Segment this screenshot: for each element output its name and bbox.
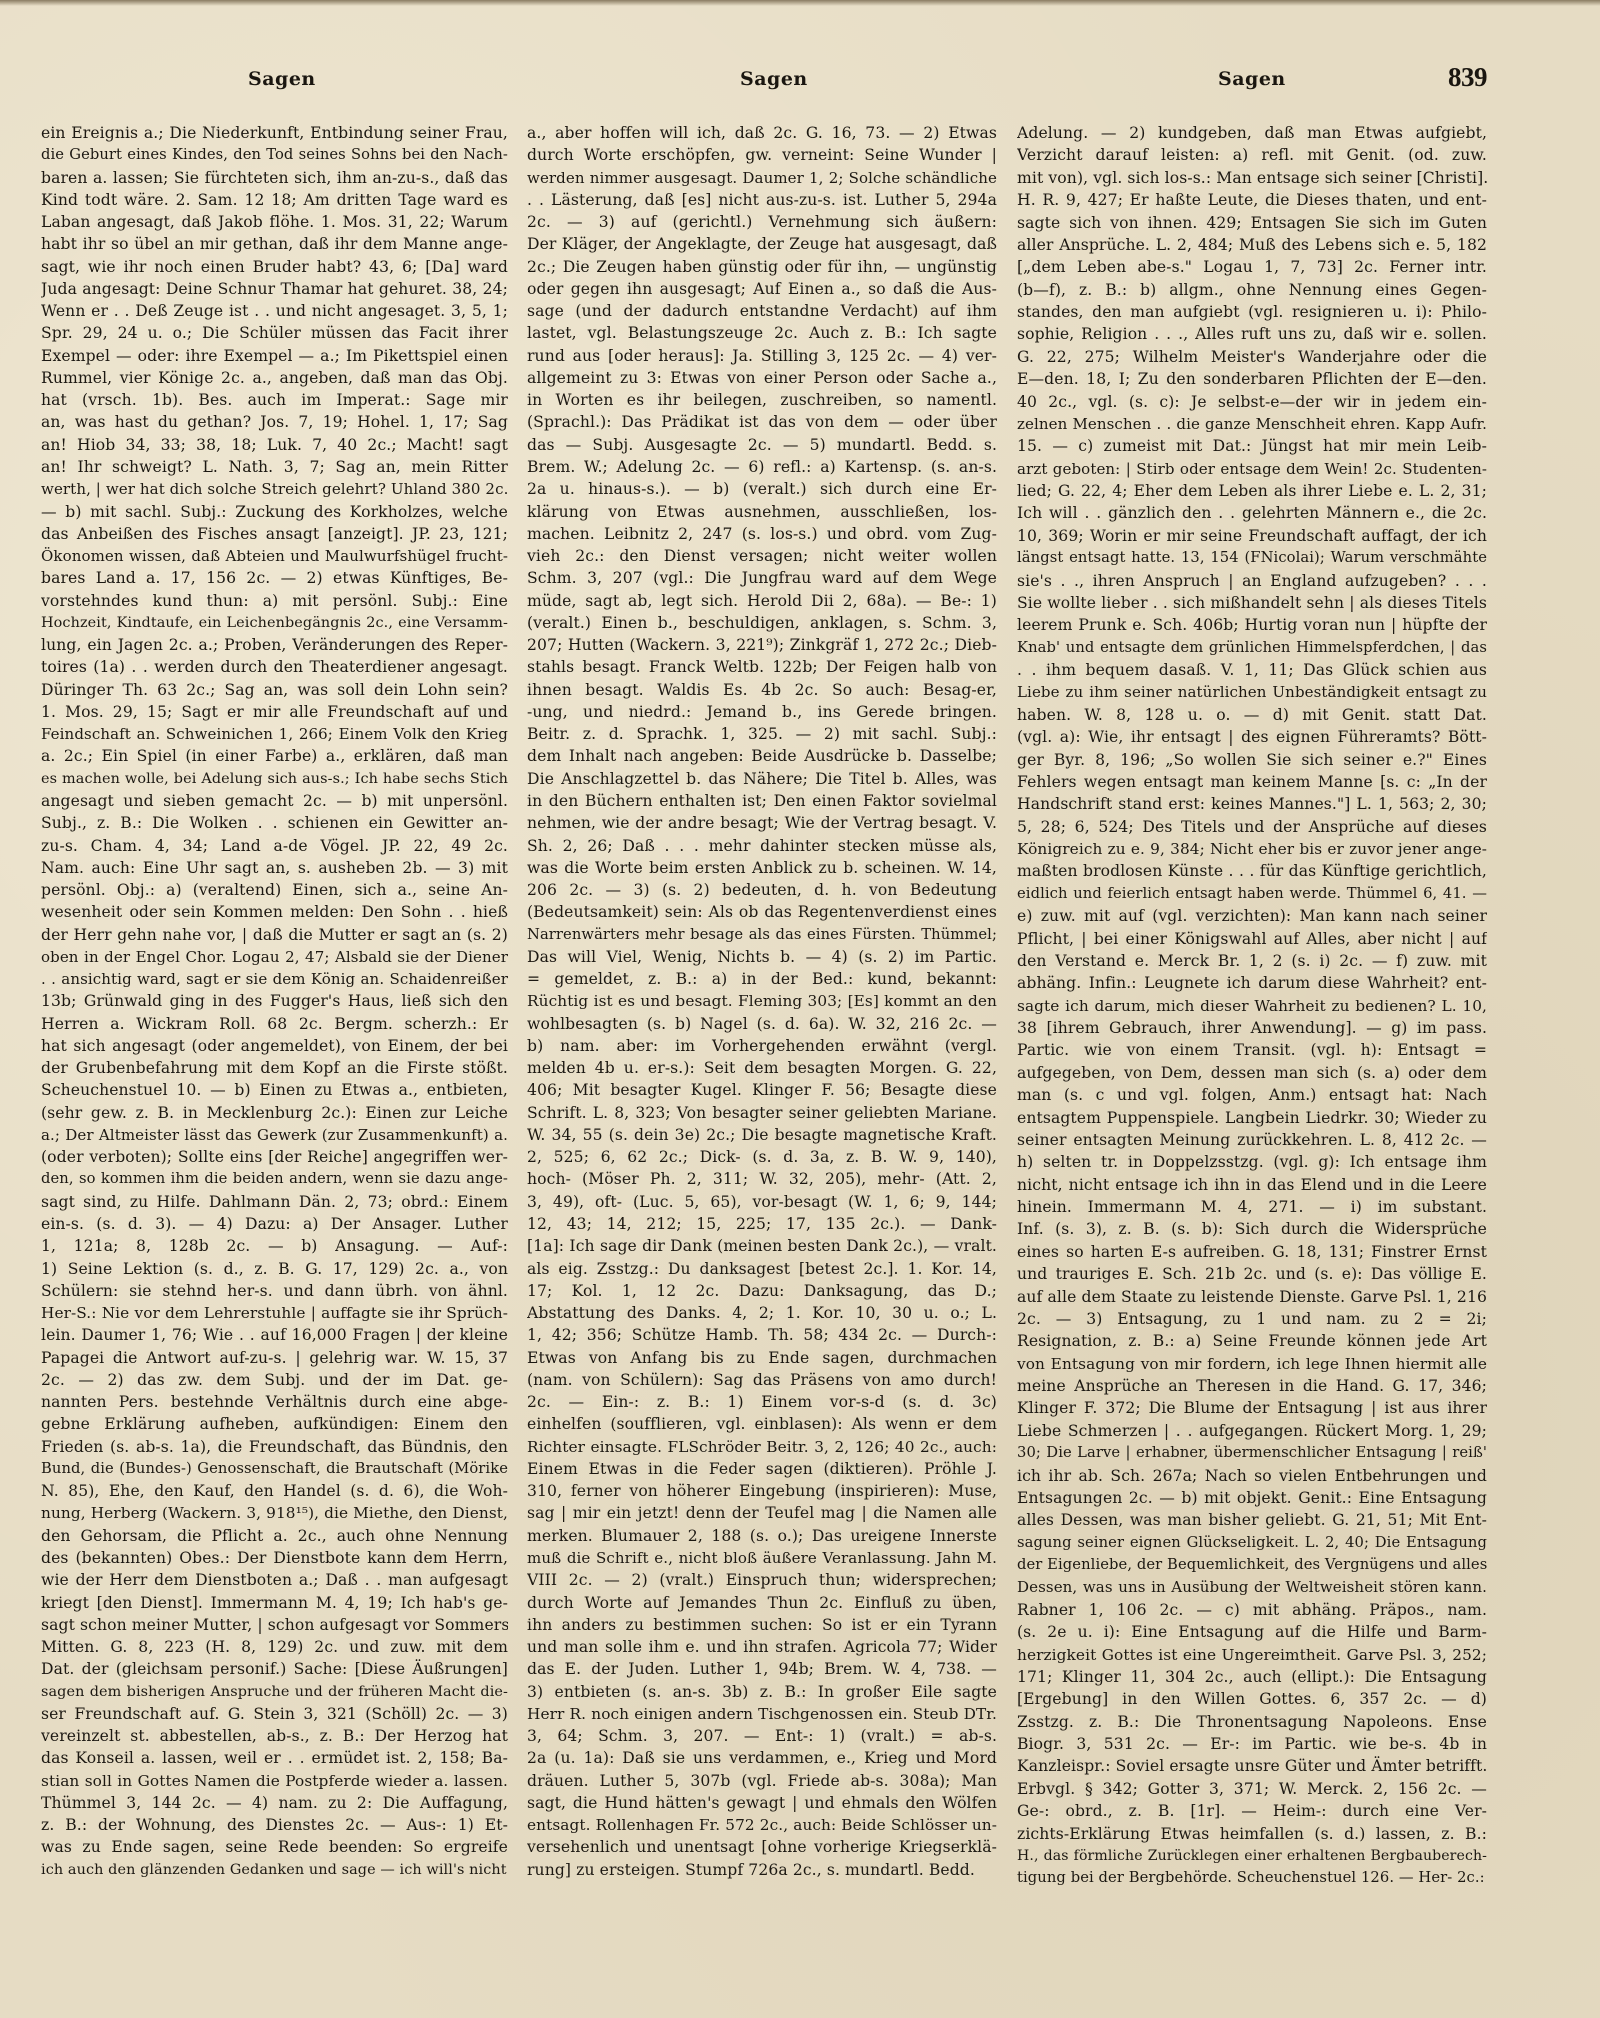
text-line: Königreich zu e. 9, 384; Nicht eher bis … [1017, 838, 1487, 860]
text-line: durch Worte erschöpfen, gw. verneint: Se… [527, 144, 997, 166]
text-line: mit von), vgl. sich los-s.: Man entsage … [1017, 167, 1487, 189]
text-line: merken. Blumauer 2, 188 (s. o.); Das ure… [527, 1525, 997, 1547]
text-line: 40 2c., vgl. (s. c): Je selbst-e—der wir… [1017, 391, 1487, 413]
text-line: Herr R. noch einigen andern Tischgenosse… [527, 1703, 997, 1725]
text-line: in den Büchern enthalten ist; Den einen … [527, 790, 997, 812]
text-line: (oder verboten); Sollte eins [der Reiche… [41, 1146, 508, 1168]
text-line: das E. der Juden. Luther 1, 94b; Brem. W… [527, 1658, 997, 1680]
text-line: sagen dem bisherigen Anspruche und der f… [41, 1681, 508, 1703]
text-line: Richter einsagte. FLSchröder Beitr. 3, 2… [527, 1436, 997, 1458]
text-line: eidlich und feierlich entsagt haben werd… [1017, 883, 1487, 905]
text-line: Ich will . . gänzlich den . . gelehrten … [1017, 502, 1487, 524]
text-line: Düringer Th. 63 2c.; Sag an, was soll de… [41, 679, 508, 701]
text-line: Laban angesagt, daß Jakob flöhe. 1. Mos.… [41, 211, 508, 233]
text-line: Kanzleispr.: Soviel ersagte unsre Güter … [1017, 1755, 1487, 1777]
text-line: Die Anschlagzettel b. das Nähere; Die Ti… [527, 768, 997, 790]
text-line: der Eigenliebe, der Bequemlichkeit, des … [1017, 1554, 1487, 1576]
text-line: 2a (u. 1a): Daß sie uns verdammen, e., K… [527, 1747, 997, 1769]
text-line: dem Inhalt nach angeben: Beide Ausdrücke… [527, 745, 997, 767]
text-line: H., das förmliche Zurücklegen einer erha… [1017, 1845, 1487, 1867]
text-line: das — Subj. Ausgesagte 2c. — 5) mundartl… [527, 434, 997, 456]
text-line: Sie wollte lieber . . sich mißhandelt se… [1017, 592, 1487, 614]
text-line: ihnen besagt. Waldis Es. 4b 2c. So auch:… [527, 679, 997, 701]
text-line: 310, ferner von höherer Eingebung (inspi… [527, 1480, 997, 1502]
text-line: Mitten. G. 8, 223 (H. 8, 129) 2c. und zu… [41, 1636, 508, 1658]
text-column-middle: a., aber hoffen will ich, daß 2c. G. 16,… [527, 122, 997, 1881]
text-line: entsagt. Rollenhagen Fr. 572 2c., auch: … [527, 1814, 997, 1836]
text-line: Feindschaft an. Schweinichen 1, 266; Ein… [41, 723, 508, 745]
text-line: (Bedeutsamkeit) sein: Als ob das Regente… [527, 901, 997, 923]
text-line: vereinzelt st. abbestellen, ab-s., z. B.… [41, 1725, 508, 1747]
text-line: a.; Der Altmeister lässt das Gewerk (zur… [41, 1124, 508, 1146]
text-line: . . Lästerung, daß [es] nicht aus-zu-s. … [527, 189, 997, 211]
text-line: Schm. 3, 207 (vgl.: Die Jungfrau ward au… [527, 567, 997, 589]
text-line: nannten Pers. bestehnde Verhältnis durch… [41, 1391, 508, 1413]
text-line: maßten brodlosen Künste . . . für das Kü… [1017, 860, 1487, 882]
text-line: als eig. Zsstzg.: Du danksagest [betest … [527, 1258, 997, 1280]
text-line: Erbvgl. § 342; Gotter 3, 371; W. Merck. … [1017, 1778, 1487, 1800]
text-line: sagt, wie ihr noch einen Bruder habt? 43… [41, 256, 508, 278]
text-line: der Herr gehn nahe vor, | daß die Mutter… [41, 924, 508, 946]
text-line: (nam. von Schülern): Sag das Präsens von… [527, 1369, 997, 1391]
text-line: Inf. (s. 3), z. B. (s. b): Sich durch di… [1017, 1218, 1487, 1240]
text-line: Adelung. — 2) kundgeben, daß man Etwas a… [1017, 122, 1487, 144]
text-line: den Verstand e. Merck Br. 1, 2 (s. i) 2c… [1017, 950, 1487, 972]
text-line: gebne Erklärung aufheben, aufkündigen: E… [41, 1413, 508, 1435]
text-line: Hochzeit, Kindtaufe, ein Leichenbegängni… [41, 612, 508, 634]
text-line: der Grubenbefahrung mit dem Kopf an die … [41, 1057, 508, 1079]
text-line: hat sich angesagt (oder angemeldet), von… [41, 1035, 508, 1057]
text-line: lung, ein Jagen 2c. a.; Proben, Veränder… [41, 634, 508, 656]
text-line: einhelfen (soufflieren, vgl. einblasen):… [527, 1413, 997, 1435]
text-line: 30; Die Larve | erhabner, übermenschlich… [1017, 1442, 1487, 1464]
text-line: (sehr gew. z. B. in Mecklenburg 2c.): Ei… [41, 1102, 508, 1124]
text-line: nung, Herberg (Wackern. 3, 918¹⁵), die M… [41, 1502, 508, 1524]
text-line: Dat. der (gleichsam personif.) Sache: [D… [41, 1658, 508, 1680]
text-line: Abstattung des Danks. 4, 2; 1. Kor. 10, … [527, 1302, 997, 1324]
text-line: N. 85), Ehe, den Kauf, den Handel (s. d.… [41, 1480, 508, 1502]
text-line: 2a u. hinaus-s.). — b) (veralt.) sich du… [527, 478, 997, 500]
text-line: meine Ansprüche an Theresen in die Hand.… [1017, 1375, 1487, 1397]
text-line: 10, 369; Worin er mir seine Freundschaft… [1017, 525, 1487, 547]
text-line: Frieden (s. ab-s. 1a), die Freundschaft,… [41, 1436, 508, 1458]
text-line: 207; Hutten (Wackern. 3, 221⁹); Zinkgräf… [527, 634, 997, 656]
text-line: 3, 49), oft- (Luc. 5, 65), vor-besagt (W… [527, 1191, 997, 1213]
text-line: in Worten es ihr beilegen, zuschreiben, … [527, 389, 997, 411]
text-line: was die Worte beim ersten Anblick zu b. … [527, 857, 997, 879]
text-line: 1, 121a; 8, 128b 2c. — b) Ansagung. — Au… [41, 1235, 508, 1257]
text-line: sagt schon meiner Mutter, | schon aufges… [41, 1614, 508, 1636]
text-line: durch Worte auf Jemandes Thun 2c. Einflu… [527, 1592, 997, 1614]
text-line: [Ergebung] in den Willen Gottes. 6, 357 … [1017, 1688, 1487, 1710]
text-line: nehmen, wie der andre besagt; Wie der Ve… [527, 812, 997, 834]
text-line: man (s. c und vgl. folgen, Anm.) entsagt… [1017, 1084, 1487, 1106]
text-line: Liebe Schmerzen | . . aufgegangen. Rücke… [1017, 1420, 1487, 1442]
text-line: Wenn er . . Deß Zeuge ist . . und nicht … [41, 300, 508, 322]
text-line: 171; Klinger 11, 304 2c., auch (ellipt.)… [1017, 1666, 1487, 1688]
text-line: 3) entbieten (s. an-s. 3b) z. B.: In gro… [527, 1681, 997, 1703]
text-line: Dessen, was uns in Ausübung der Weltweis… [1017, 1576, 1487, 1598]
text-line: VIII 2c. — 2) (vralt.) Einspruch thun; w… [527, 1569, 997, 1591]
text-line: klärung von Etwas ausnehmen, ausschließe… [527, 501, 997, 523]
text-line: ger Byr. 8, 196; „So wollen Sie sich sei… [1017, 749, 1487, 771]
text-line: . . ansichtig ward, sagt er sie dem Köni… [41, 968, 508, 990]
text-line: 15. — c) zumeist mit Dat.: Jüngst hat mi… [1017, 435, 1487, 457]
text-line: ihn anders zu bestimmen suchen: So ist e… [527, 1614, 997, 1636]
text-line: 2c. — 2) das zw. dem Subj. und der im Da… [41, 1369, 508, 1391]
text-line: hinein. Immermann M. 4, 271. — i) im sub… [1017, 1196, 1487, 1218]
text-line: sagte ich darum, mich dieser Wahrheit zu… [1017, 995, 1487, 1017]
text-line: rung] zu ersteigen. Stumpf 726a 2c., s. … [527, 1859, 997, 1881]
text-line: lein. Daumer 1, 76; Wie . . auf 16,000 F… [41, 1324, 508, 1346]
text-line: arzt geboten: | Stirb oder entsage dem W… [1017, 458, 1487, 480]
text-line: sage (und der dadurch entstandne Verdach… [527, 300, 997, 322]
text-line: Rabner 1, 106 2c. — c) mit abhäng. Präpo… [1017, 1599, 1487, 1621]
text-line: Zsstzg. z. B.: Die Thronentsagung Napole… [1017, 1711, 1487, 1733]
text-line: oder gegen ihn ausgesagt; Auf Einen a., … [527, 278, 997, 300]
text-line: W. 34, 55 (s. dein 3e) 2c.; Die besagte … [527, 1124, 997, 1146]
text-line: vieh 2c.: den Dienst versagen; nicht wei… [527, 545, 997, 567]
text-line: e) zuw. mit auf (vgl. verzichten): Man k… [1017, 905, 1487, 927]
text-line: machen. Leibnitz 2, 247 (s. los-s.) und … [527, 523, 997, 545]
text-line: Nam. auch: Eine Uhr sagt an, s. ausheben… [41, 857, 508, 879]
text-line: baren a. lassen; Sie fürchteten sich, ih… [41, 167, 508, 189]
text-line: 5, 28; 6, 524; Des Titels und der Ansprü… [1017, 816, 1487, 838]
text-line: a. 2c.; Ein Spiel (in einer Farbe) a., e… [41, 745, 508, 767]
text-line: Subj., z. B.: Die Wolken . . schienen ei… [41, 812, 508, 834]
text-line: an! Ihr schweigt? L. Nath. 3, 7; Sag an,… [41, 456, 508, 478]
text-line: Resignation, z. B.: a) Seine Freunde kön… [1017, 1330, 1487, 1352]
text-line: leerem Prunk e. Sch. 406b; Hurtig voran … [1017, 614, 1487, 636]
text-line: sagung seiner eignen Glückseligkeit. L. … [1017, 1532, 1487, 1554]
text-line: 406; Mit besagter Kugel. Klinger F. 56; … [527, 1079, 997, 1101]
text-line: [1a]: Ich sage dir Dank (meinen besten D… [527, 1235, 997, 1257]
text-line: entsagtem Puppenspiele. Langbein Liedrkr… [1017, 1107, 1487, 1129]
text-line: oben in der Engel Chor. Logau 2, 47; Als… [41, 946, 508, 968]
text-line: z. B.: der Wohnung, des Dienstes 2c. — A… [41, 1814, 508, 1836]
text-line: Verzicht darauf leisten: a) refl. mit Ge… [1017, 144, 1487, 166]
text-line: Beitr. z. d. Sprachk. 1, 325. — 2) mit s… [527, 723, 997, 745]
text-line: Papagei die Antwort auf-zu-s. | gelehrig… [41, 1347, 508, 1369]
text-line: Biogr. 3, 531 2c. — Er-: im Partic. wie … [1017, 1733, 1487, 1755]
text-line: und trauriges E. Sch. 21b 2c. und (s. e)… [1017, 1263, 1487, 1285]
text-line: herzigkeit Gottes ist eine Ungereimtheit… [1017, 1644, 1487, 1666]
text-line: versehenlich und unentsagt [ohne vorheri… [527, 1836, 997, 1858]
text-line: 2c. — 3) auf (gerichtl.) Vernehmung sich… [527, 211, 997, 233]
text-line: Einem Etwas in die Feder sagen (diktiere… [527, 1458, 997, 1480]
text-line: abhäng. Infin.: Leugnete ich darum diese… [1017, 972, 1487, 994]
text-line: Handschrift stand erst: keines Mannes."]… [1017, 793, 1487, 815]
text-line: den, so kommen ihm die beiden andern, we… [41, 1168, 508, 1190]
text-line: Fehlers wegen entsagt man keinem Manne [… [1017, 771, 1487, 793]
text-line: bares Land a. 17, 156 2c. — 2) etwas Kün… [41, 567, 508, 589]
text-line: ein Ereignis a.; Die Niederkunft, Entbin… [41, 122, 508, 144]
text-line: hat (vrsch. 1b). Bes. auch im Imperat.: … [41, 389, 508, 411]
text-line: tigung bei der Bergbehörde. Scheuchenstu… [1017, 1867, 1487, 1889]
text-line: das Konseil a. lassen, weil er . . ermüd… [41, 1747, 508, 1769]
text-line: lastet, vgl. Belastungszeuge 2c. Auch z.… [527, 322, 997, 344]
text-line: und man solle ihm e. und ihn strafen. Ag… [527, 1636, 997, 1658]
text-line: eines so harten E-s aufreiben. G. 18, 13… [1017, 1241, 1487, 1263]
text-line: das Anbeißen des Fisches ansagt [anzeigt… [41, 523, 508, 545]
text-line: 2c. — Ein-: z. B.: 1) Einem vor-s-d (s. … [527, 1391, 997, 1413]
text-line: (vgl. a): Wie, ihr entsagt | des eignen … [1017, 726, 1487, 748]
running-head-right: Sagen [1218, 68, 1286, 90]
text-line: Liebe zu ihm seiner natürlichen Unbestän… [1017, 681, 1487, 703]
text-line: 38 [ihrem Gebrauch, ihrer Anwendung]. — … [1017, 1017, 1487, 1039]
text-line: Knab' und entsagte dem grünlichen Himmel… [1017, 637, 1487, 659]
text-line: zelnen Menschen . . die ganze Menschheit… [1017, 413, 1487, 435]
text-line: H. R. 9, 427; Er haßte Leute, die Dieses… [1017, 189, 1487, 211]
text-line: 2c.; Die Zeugen haben günstig oder für i… [527, 256, 997, 278]
text-line: . . ihm bequem dasaß. V. 1, 11; Das Glüc… [1017, 659, 1487, 681]
text-line: an, was hast du gethan? Jos. 7, 19; Hohe… [41, 411, 508, 433]
text-line: sag | mir ein jetzt! denn der Teufel mag… [527, 1502, 997, 1524]
text-line: seiner entsagten Meinung zurückkehren. L… [1017, 1129, 1487, 1151]
text-line: müde, sagt ab, legt sich. Herold Dii 2, … [527, 590, 997, 612]
text-line: wohlbesagten (s. b) Nagel (s. d. 6a). W.… [527, 1013, 997, 1035]
text-line: den Gehorsam, die Pflicht a. 2c., auch o… [41, 1525, 508, 1547]
text-line: Rüchtig ist es und besagt. Fleming 303; … [527, 990, 997, 1012]
text-line: die Geburt eines Kindes, den Tod seines … [41, 144, 508, 166]
text-line: Schrift. L. 8, 323; Von besagter seiner … [527, 1102, 997, 1124]
text-column-left: ein Ereignis a.; Die Niederkunft, Entbin… [41, 122, 508, 1881]
text-line: 17; Kol. 1, 12 2c. Dazu: Danksagung, das… [527, 1280, 997, 1302]
text-line: Der Kläger, der Angeklagte, der Zeuge ha… [527, 233, 997, 255]
text-line: (b—f), z. B.: b) allgm., ohne Nennung ei… [1017, 279, 1487, 301]
text-line: wesenheit oder sein Kommen melden: Den S… [41, 901, 508, 923]
text-line: G. 22, 275; Wilhelm Meister's Wanderjahr… [1017, 346, 1487, 368]
text-line: 2c. — 3) Entsagung, zu 1 und nam. zu 2 =… [1017, 1308, 1487, 1330]
text-line: sagt, die Hund hätten's gewagt | und ehm… [527, 1792, 997, 1814]
text-line: h) selten tr. in Doppelzsstzg. (vgl. g):… [1017, 1151, 1487, 1173]
text-line: kriegt [den Dienst]. Immermann M. 4, 19;… [41, 1592, 508, 1614]
text-line: längst entsagt hatte. 13, 154 (FNicolai)… [1017, 547, 1487, 569]
text-line: zichts-Erklärung Etwas heimfallen (s. d.… [1017, 1823, 1487, 1845]
page-edge [0, 0, 1600, 6]
text-line: an! Hiob 34, 33; 38, 18; Luk. 7, 40 2c.;… [41, 434, 508, 456]
text-line: dräuen. Luther 5, 307b (vgl. Friede ab-s… [527, 1770, 997, 1792]
text-line: 2, 525; 6, 62 2c.; Dick- (s. d. 3a, z. B… [527, 1146, 997, 1168]
text-line: wie der Herr dem Dienstboten a.; Daß . .… [41, 1569, 508, 1591]
text-line: Spr. 29, 24 u. o.; Die Schüler müssen da… [41, 322, 508, 344]
page-header: Sagen Sagen Sagen 839 [0, 62, 1600, 102]
text-line: aller Ansprüche. L. 2, 484; Muß des Lebe… [1017, 234, 1487, 256]
text-line: vorstehndes kund thun: a) mit persönl. S… [41, 590, 508, 612]
page-number: 839 [1448, 62, 1487, 93]
text-line: werden nimmer ausgesagt. Daumer 1, 2; So… [527, 167, 997, 189]
text-line: Pflicht, | bei einer Königswahl auf Alle… [1017, 928, 1487, 950]
text-line: rund aus [oder heraus]: Ja. Stilling 3, … [527, 345, 997, 367]
text-line: Juda angesagt: Deine Schnur Thamar hat g… [41, 278, 508, 300]
text-line: muß die Schrift e., nicht bloß äußere Ve… [527, 1547, 997, 1569]
text-line: alles Dessen, was man bisher geliebt. G.… [1017, 1509, 1487, 1531]
text-line: es machen wolle, bei Adelung sich aus-s.… [41, 768, 508, 790]
text-line: Exempel — oder: ihre Exempel — a.; Im Pi… [41, 345, 508, 367]
text-line: [„dem Leben abe-s." Logau 1, 7, 73] 2c. … [1017, 256, 1487, 278]
text-column-right: Adelung. — 2) kundgeben, daß man Etwas a… [1017, 122, 1487, 1890]
text-line: (veralt.) Einen b., beschuldigen, anklag… [527, 612, 997, 634]
text-line: ich ihr ab. Sch. 267a; Nach so vielen En… [1017, 1465, 1487, 1487]
text-line: 206 2c. — 3) (s. 2) bedeuten, d. h. von … [527, 879, 997, 901]
text-line: = gemeldet, z. B.: a) in der Bed.: kund,… [527, 968, 997, 990]
text-line: 1) Seine Lektion (s. d., z. B. G. 17, 12… [41, 1258, 508, 1280]
text-line: 1, 42; 356; Schütze Hamb. Th. 58; 434 2c… [527, 1324, 997, 1346]
text-line: zu-s. Cham. 4, 34; Land a-de Vögel. JP. … [41, 835, 508, 857]
text-line: toires (1a) . . werden durch den Theater… [41, 656, 508, 678]
running-head-middle: Sagen [740, 68, 808, 90]
text-line: des (bekannten) Obes.: Der Dienstbote ka… [41, 1547, 508, 1569]
text-line: b) nam. aber: im Vorhergehenden erwähnt … [527, 1035, 997, 1057]
text-line: sagt sind, zu Hilfe. Dahlmann Dän. 2, 73… [41, 1191, 508, 1213]
text-line: werth, | wer hat dich solche Streich gel… [41, 478, 508, 500]
text-line: 3, 64; Schm. 3, 207. — Ent-: 1) (vralt.)… [527, 1725, 997, 1747]
text-line: a., aber hoffen will ich, daß 2c. G. 16,… [527, 122, 997, 144]
text-line: lied; G. 22, 4; Eher dem Leben als ihrer… [1017, 480, 1487, 502]
text-line: aufgegeben, von Dem, dessen man sich (s.… [1017, 1062, 1487, 1084]
text-line: ser Freundschaft auf. G. Stein 3, 321 (S… [41, 1703, 508, 1725]
text-line: Das will Viel, Wenig, Nichts b. — 4) (s.… [527, 946, 997, 968]
text-line: sagte sich von ihnen. 429; Entsagen Sie … [1017, 212, 1487, 234]
text-line: habt ihr so übel an mir gethan, daß ihr … [41, 233, 508, 255]
text-line: auf alle dem Staate zu leistende Dienste… [1017, 1286, 1487, 1308]
text-line: haben. W. 8, 128 u. o. — d) mit Genit. s… [1017, 704, 1487, 726]
text-line: stian soll in Gottes Namen die Postpferd… [41, 1770, 508, 1792]
text-line: 12, 43; 14, 212; 15, 225; 17, 135 2c.). … [527, 1213, 997, 1235]
text-line: 13b; Grünwald ging in des Fugger's Haus,… [41, 990, 508, 1012]
text-line: Etwas von Anfang bis zu Ende sagen, durc… [527, 1347, 997, 1369]
text-line: was zu Ende sagen, seine Rede beenden: S… [41, 1836, 508, 1858]
text-line: Herren a. Wickram Roll. 68 2c. Bergm. sc… [41, 1013, 508, 1035]
text-line: Klinger F. 372; Die Blume der Entsagung … [1017, 1397, 1487, 1419]
text-line: E—den. 18, I; Zu den sonderbaren Pflicht… [1017, 368, 1487, 390]
text-line: standes, den man aufgiebt (vgl. resignie… [1017, 301, 1487, 323]
text-line: sie's . ., ihren Anspruch | an England a… [1017, 570, 1487, 592]
text-line: von Entsagung von mir fordern, ich lege … [1017, 1353, 1487, 1375]
text-line: persönl. Obj.: a) (veraltend) Einen, sic… [41, 879, 508, 901]
text-line: Kind todt wäre. 2. Sam. 12 18; Am dritte… [41, 189, 508, 211]
text-line: Thümmel 3, 144 2c. — 4) nam. zu 2: Die A… [41, 1792, 508, 1814]
text-line: hoch- (Möser Ph. 2, 311; W. 32, 205), me… [527, 1168, 997, 1190]
text-line: (s. 2e u. i): Eine Entsagung auf die Hil… [1017, 1621, 1487, 1643]
text-line: — b) mit sachl. Subj.: Zuckung des Korkh… [41, 501, 508, 523]
text-line: ich auch den glänzenden Gedanken und sag… [41, 1859, 508, 1881]
text-line: allgemeint zu 3: Etwas von einer Person … [527, 367, 997, 389]
text-line: Scheuchenstuel 10. — b) Einen zu Etwas a… [41, 1079, 508, 1101]
text-line: Her-S.: Nie vor dem Lehrerstuhle | auffa… [41, 1302, 508, 1324]
text-line: ein-s. (s. d. 3). — 4) Dazu: a) Der Ansa… [41, 1213, 508, 1235]
text-line: Bund, die (Bundes-) Genossenschaft, die … [41, 1458, 508, 1480]
text-line: Entsagungen 2c. — b) mit objekt. Genit.:… [1017, 1487, 1487, 1509]
text-line: Schülern: sie stehnd her-s. und dann übr… [41, 1280, 508, 1302]
text-line: angesagt und sieben gemacht 2c. — b) mit… [41, 790, 508, 812]
text-line: stahls besagt. Franck Weltb. 122b; Der F… [527, 656, 997, 678]
text-line: Brem. W.; Adelung 2c. — 6) refl.: a) Kar… [527, 456, 997, 478]
text-line: (Sprachl.): Das Prädikat ist das von dem… [527, 411, 997, 433]
text-line: Sh. 2, 26; Daß . . . mehr dahinter steck… [527, 835, 997, 857]
text-line: Ökonomen wissen, daß Abteien und Maulwur… [41, 545, 508, 567]
text-line: Rummel, vier Könige 2c. a., angeben, daß… [41, 367, 508, 389]
running-head-left: Sagen [248, 68, 316, 90]
text-line: Partic. wie von einem Transit. (vgl. h):… [1017, 1039, 1487, 1061]
text-line: -ung, und niedrd.: Jemand b., ins Gerede… [527, 701, 997, 723]
text-line: 1. Mos. 29, 15; Sagt er mir alle Freunds… [41, 701, 508, 723]
text-line: melden 4b u. er-s.): Seit dem besagten M… [527, 1057, 997, 1079]
text-line: nicht, nicht entsage ich ihn in das Elen… [1017, 1174, 1487, 1196]
text-line: Ge-: obrd., z. B. [1r]. — Heim-: durch e… [1017, 1800, 1487, 1822]
text-line: sophie, Religion . . ., Alles ruft uns z… [1017, 323, 1487, 345]
text-line: Narrenwärters mehr besage als das eines … [527, 924, 997, 946]
